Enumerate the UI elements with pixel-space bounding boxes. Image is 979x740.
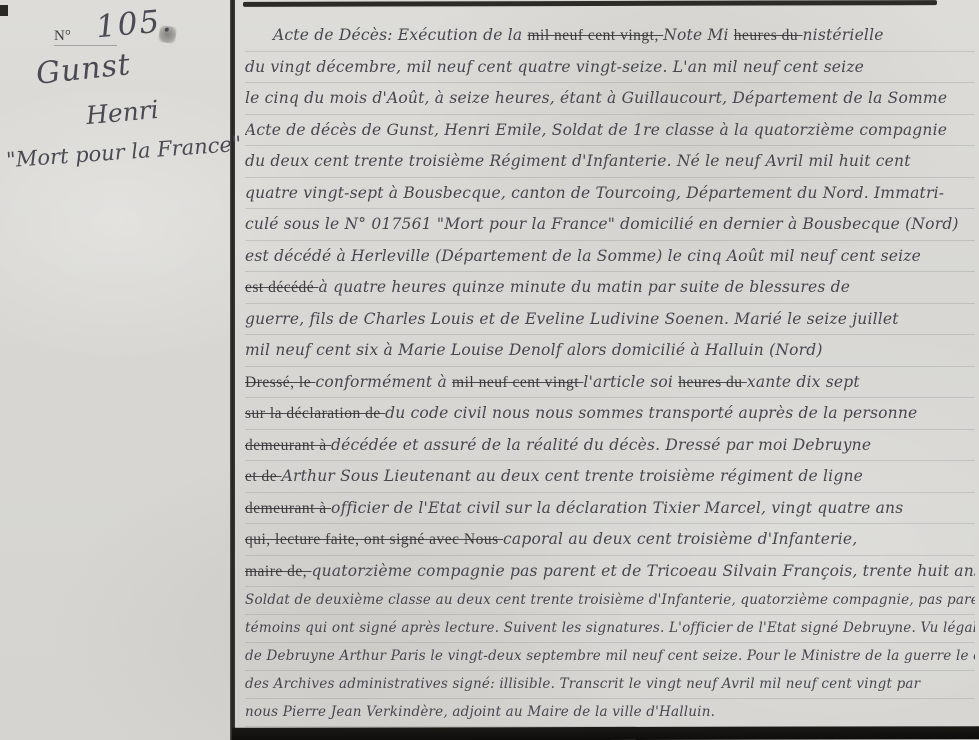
printed-form-text: heures du bbox=[734, 27, 803, 44]
handwritten-text: l'article soi bbox=[583, 373, 678, 391]
handwritten-text: de Debruyne Arthur Paris le vingt-deux s… bbox=[245, 648, 975, 664]
deceased-given-name: Henri bbox=[85, 95, 160, 130]
printed-form-text: heures du bbox=[678, 374, 747, 391]
handwritten-text: à quatre heures quinze minute du matin p… bbox=[319, 278, 851, 296]
act-line: culé sous le N° 017561 "Mort pour la Fra… bbox=[245, 209, 975, 241]
handwritten-text: du code civil nous nous sommes transport… bbox=[385, 404, 917, 422]
handwritten-text: Acte de décès de Gunst, Henri Emile, Sol… bbox=[245, 121, 947, 139]
act-line: le cinq du mois d'Août, à seize heures, … bbox=[245, 83, 975, 115]
handwritten-text: Soldat de deuxième classe au deux cent t… bbox=[245, 592, 975, 608]
handwritten-text: témoins qui ont signé après lecture. Sui… bbox=[245, 620, 975, 636]
act-line: mil neuf cent six à Marie Louise Denolf … bbox=[245, 335, 975, 367]
act-body: Acte de Décès: Exécution de la mil neuf … bbox=[245, 20, 975, 727]
printed-form-text: est décédé bbox=[245, 279, 319, 296]
handwritten-text: officier de l'Etat civil sur la déclarat… bbox=[331, 499, 903, 517]
handwritten-text: Acte de Décès: Exécution de la bbox=[273, 26, 527, 44]
handwritten-text: mil neuf cent six à Marie Louise Denolf … bbox=[245, 341, 823, 359]
act-line: est décédé à quatre heures quinze minute… bbox=[245, 272, 975, 304]
handwritten-text: Note Mi bbox=[663, 26, 734, 44]
handwritten-text: du deux cent trente troisième Régiment d… bbox=[245, 152, 911, 170]
handwritten-text: quatre vingt-sept à Bousbecque, canton d… bbox=[245, 184, 944, 202]
handwritten-text: Arthur Sous Lieutenant au deux cent tren… bbox=[282, 467, 863, 485]
mort-pour-la-france-mention: "Mort pour la France" bbox=[5, 132, 242, 172]
handwritten-text: nistérielle bbox=[803, 26, 884, 44]
handwritten-text: est décédé à Herleville (Département de … bbox=[245, 247, 921, 265]
act-line: est décédé à Herleville (Département de … bbox=[245, 241, 975, 273]
printed-form-text: demeurant à bbox=[245, 500, 331, 517]
act-line: du deux cent trente troisième Régiment d… bbox=[245, 146, 975, 178]
handwritten-text: le cinq du mois d'Août, à seize heures, … bbox=[245, 89, 947, 107]
act-line: Acte de décès de Gunst, Henri Emile, Sol… bbox=[245, 115, 975, 147]
printed-form-text: qui, lecture faite, ont signé avec Nous bbox=[245, 531, 503, 548]
printed-form-text: maire de, bbox=[245, 563, 312, 580]
scanned-death-record-page: { "colors": { "paper": "#d9d8d4", "ink":… bbox=[0, 0, 979, 740]
printed-form-text: mil neuf cent vingt, bbox=[527, 27, 663, 44]
margin-divider-rule bbox=[230, 0, 235, 740]
act-line: Acte de Décès: Exécution de la mil neuf … bbox=[245, 20, 975, 52]
act-line: Soldat de deuxième classe au deux cent t… bbox=[245, 587, 975, 615]
act-line: témoins qui ont signé après lecture. Sui… bbox=[245, 615, 975, 643]
act-line: Dressé, le conformément à mil neuf cent … bbox=[245, 367, 975, 399]
act-line: quatre vingt-sept à Bousbecque, canton d… bbox=[245, 178, 975, 210]
handwritten-text: xante dix sept bbox=[747, 373, 860, 391]
printed-form-text: Dressé, le bbox=[245, 374, 316, 391]
act-line: et de Arthur Sous Lieutenant au deux cen… bbox=[245, 461, 975, 493]
act-line: guerre, fils de Charles Louis et de Evel… bbox=[245, 304, 975, 336]
handwritten-text: des Archives administratives signé: illi… bbox=[245, 676, 920, 692]
act-line: qui, lecture faite, ont signé avec Nous … bbox=[245, 524, 975, 556]
act-line: maire de, quatorzième compagnie pas pare… bbox=[245, 556, 975, 588]
handwritten-text: guerre, fils de Charles Louis et de Evel… bbox=[245, 310, 899, 328]
act-line: demeurant à décédée et assuré de la réal… bbox=[245, 430, 975, 462]
handwritten-text: nous Pierre Jean Verkindère, adjoint au … bbox=[245, 704, 715, 720]
act-line: de Debruyne Arthur Paris le vingt-deux s… bbox=[245, 643, 975, 671]
act-line: des Archives administratives signé: illi… bbox=[245, 671, 975, 699]
printed-form-text: mil neuf cent vingt bbox=[452, 374, 583, 391]
scan-edge-bottom-bar bbox=[232, 726, 979, 740]
printed-form-text: sur la déclaration de bbox=[245, 405, 385, 422]
handwritten-text: du vingt décembre, mil neuf cent quatre … bbox=[245, 58, 864, 76]
handwritten-text: culé sous le N° 017561 "Mort pour la Fra… bbox=[245, 215, 959, 233]
act-line: nous Pierre Jean Verkindère, adjoint au … bbox=[245, 699, 975, 727]
act-number: 105. bbox=[95, 3, 175, 46]
handwritten-text: caporal au deux cent troisième d'Infante… bbox=[503, 530, 857, 548]
act-line: sur la déclaration de du code civil nous… bbox=[245, 398, 975, 430]
printed-form-text: demeurant à bbox=[245, 437, 331, 454]
handwritten-text: quatorzième compagnie pas parent et de T… bbox=[312, 562, 975, 580]
act-line: du vingt décembre, mil neuf cent quatre … bbox=[245, 52, 975, 84]
act-line: demeurant à officier de l'Etat civil sur… bbox=[245, 493, 975, 525]
margin-column: N° 105. Gunst Henri "Mort pour la France… bbox=[0, 0, 230, 740]
deceased-surname: Gunst bbox=[34, 47, 132, 92]
handwritten-text: décédée et assuré de la réalité du décès… bbox=[331, 436, 871, 454]
handwritten-text: conformément à bbox=[316, 373, 453, 391]
printed-form-text: et de bbox=[245, 468, 282, 485]
